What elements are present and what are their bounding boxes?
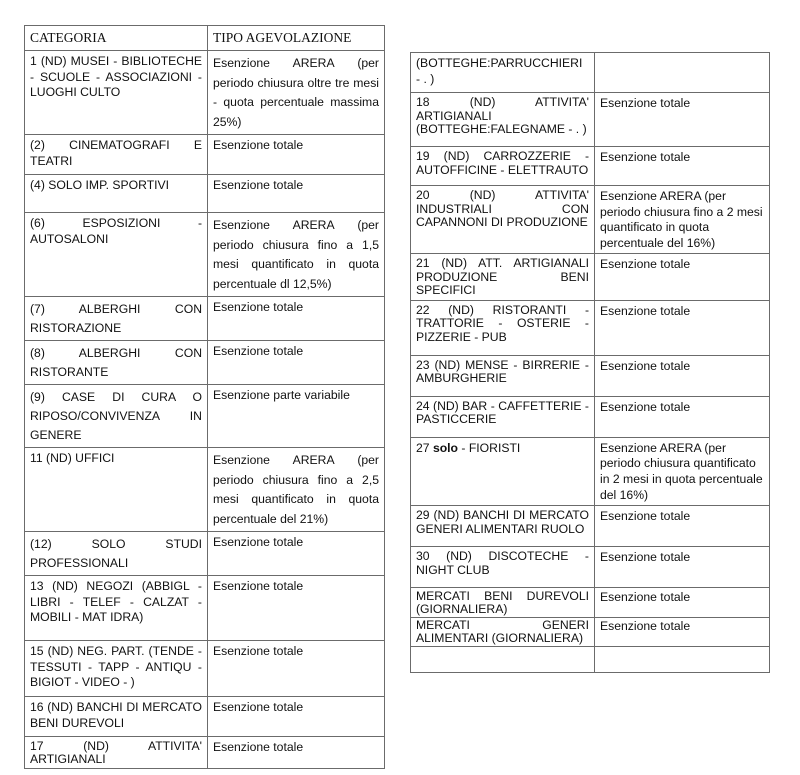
categoria-cell: MERCATI GENERI ALIMENTARI (GIORNALIERA) bbox=[411, 618, 595, 647]
agevolazioni-table-right: (BOTTEGHE:PARRUCCHIERI - . ) 18 (ND) ATT… bbox=[410, 52, 770, 673]
categoria-cell: 11 (ND) UFFICI bbox=[25, 448, 208, 532]
table-row: MERCATI GENERI ALIMENTARI (GIORNALIERA) … bbox=[411, 618, 770, 647]
categoria-cell: (6) ESPOSIZIONI - AUTOSALONI bbox=[25, 213, 208, 297]
table-row: 20 (ND) ATTIVITA' INDUSTRIALI CON CAPANN… bbox=[411, 186, 770, 254]
categoria-cell: (8) ALBERGHI CON RISTORANTE bbox=[25, 341, 208, 385]
agevolazione-cell: Esenzione totale bbox=[208, 135, 385, 175]
agevolazione-cell: Esenzione totale bbox=[208, 697, 385, 737]
categoria-cell bbox=[411, 647, 595, 673]
table-row: 1 (ND) MUSEI - BIBLIOTECHE - SCUOLE - AS… bbox=[25, 51, 385, 135]
categoria-cell: MERCATI BENI DUREVOLI (GIORNALIERA) bbox=[411, 588, 595, 618]
agevolazione-cell bbox=[595, 53, 770, 93]
table-header-row: CATEGORIA TIPO AGEVOLAZIONE bbox=[25, 26, 385, 51]
agevolazione-cell: Esenzione totale bbox=[595, 300, 770, 355]
table-row: 27 solo - FIORISTI Esenzione ARERA (per … bbox=[411, 437, 770, 505]
table-row: 21 (ND) ATT. ARTIGIANALI PRODUZIONE BENI… bbox=[411, 254, 770, 301]
table-row: (9) CASE DI CURA O RIPOSO/CONVIVENZA IN … bbox=[25, 385, 385, 448]
agevolazione-cell: Esenzione totale bbox=[595, 147, 770, 186]
categoria-cell: 29 (ND) BANCHI DI MERCATO GENERI ALIMENT… bbox=[411, 506, 595, 547]
agevolazione-cell: Esenzione totale bbox=[208, 737, 385, 769]
table-row: 23 (ND) MENSE - BIRRERIE - AMBURGHERIE E… bbox=[411, 355, 770, 396]
categoria-cell: 27 solo - FIORISTI bbox=[411, 437, 595, 505]
table-row: (4) SOLO IMP. SPORTIVI Esenzione totale bbox=[25, 175, 385, 213]
categoria-cell: (7) ALBERGHI CON RISTORAZIONE bbox=[25, 297, 208, 341]
categoria-cell: 24 (ND) BAR - CAFFETTERIE - PASTICCERIE bbox=[411, 396, 595, 437]
categoria-cell: 13 (ND) NEGOZI (ABBIGL - LIBRI - TELEF -… bbox=[25, 576, 208, 641]
agevolazione-cell: Esenzione totale bbox=[595, 506, 770, 547]
table-row: (2) CINEMATOGRAFI E TEATRI Esenzione tot… bbox=[25, 135, 385, 175]
table-row: (BOTTEGHE:PARRUCCHIERI - . ) bbox=[411, 53, 770, 93]
categoria-suffix: - FIORISTI bbox=[458, 441, 520, 455]
categoria-cell: (4) SOLO IMP. SPORTIVI bbox=[25, 175, 208, 213]
categoria-prefix: 27 bbox=[416, 441, 433, 455]
categoria-cell: 17 (ND) ATTIVITA' ARTIGIANALI bbox=[25, 737, 208, 769]
table-row: (8) ALBERGHI CON RISTORANTE Esenzione to… bbox=[25, 341, 385, 385]
table-row: 19 (ND) CARROZZERIE - AUTOFFICINE - ELET… bbox=[411, 147, 770, 186]
agevolazione-cell: Esenzione totale bbox=[208, 576, 385, 641]
agevolazione-cell: Esenzione totale bbox=[208, 175, 385, 213]
categoria-cell: 16 (ND) BANCHI DI MERCATO BENI DUREVOLI bbox=[25, 697, 208, 737]
agevolazione-cell: Esenzione ARERA (per periodo chiusura qu… bbox=[595, 437, 770, 505]
categoria-cell: 18 (ND) ATTIVITA' ARTIGIANALI (BOTTEGHE:… bbox=[411, 93, 595, 147]
table-row: 18 (ND) ATTIVITA' ARTIGIANALI (BOTTEGHE:… bbox=[411, 93, 770, 147]
agevolazioni-table-left: CATEGORIA TIPO AGEVOLAZIONE 1 (ND) MUSEI… bbox=[24, 25, 385, 769]
categoria-bold: solo bbox=[433, 441, 458, 455]
table-row: 11 (ND) UFFICI Esenzione ARERA (per peri… bbox=[25, 448, 385, 532]
agevolazione-cell: Esenzione totale bbox=[208, 297, 385, 341]
agevolazione-cell: Esenzione totale bbox=[595, 355, 770, 396]
table-row: 22 (ND) RISTORANTI - TRATTORIE - OSTERIE… bbox=[411, 300, 770, 355]
categoria-cell: (9) CASE DI CURA O RIPOSO/CONVIVENZA IN … bbox=[25, 385, 208, 448]
table-row: (12) SOLO STUDI PROFESSIONALI Esenzione … bbox=[25, 532, 385, 576]
table-row: 13 (ND) NEGOZI (ABBIGL - LIBRI - TELEF -… bbox=[25, 576, 385, 641]
table-row: 24 (ND) BAR - CAFFETTERIE - PASTICCERIE … bbox=[411, 396, 770, 437]
agevolazione-cell: Esenzione totale bbox=[595, 547, 770, 588]
table-row: MERCATI BENI DUREVOLI (GIORNALIERA) Esen… bbox=[411, 588, 770, 618]
agevolazione-cell: Esenzione totale bbox=[595, 254, 770, 301]
categoria-cell: 23 (ND) MENSE - BIRRERIE - AMBURGHERIE bbox=[411, 355, 595, 396]
agevolazione-cell: Esenzione totale bbox=[595, 588, 770, 618]
table-row bbox=[411, 647, 770, 673]
header-categoria: CATEGORIA bbox=[25, 26, 208, 51]
agevolazione-cell: Esenzione totale bbox=[595, 396, 770, 437]
header-tipo-agevolazione: TIPO AGEVOLAZIONE bbox=[208, 26, 385, 51]
agevolazione-cell: Esenzione totale bbox=[595, 618, 770, 647]
agevolazione-cell: Esenzione ARERA (per periodo chiusura fi… bbox=[208, 448, 385, 532]
categoria-cell: 22 (ND) RISTORANTI - TRATTORIE - OSTERIE… bbox=[411, 300, 595, 355]
categoria-cell: 20 (ND) ATTIVITA' INDUSTRIALI CON CAPANN… bbox=[411, 186, 595, 254]
categoria-cell: (2) CINEMATOGRAFI E TEATRI bbox=[25, 135, 208, 175]
agevolazione-cell: Esenzione totale bbox=[208, 341, 385, 385]
agevolazione-cell: Esenzione totale bbox=[208, 641, 385, 697]
agevolazione-cell: Esenzione ARERA (per periodo chiusura fi… bbox=[595, 186, 770, 254]
agevolazione-cell: Esenzione totale bbox=[208, 532, 385, 576]
table-row: 17 (ND) ATTIVITA' ARTIGIANALI Esenzione … bbox=[25, 737, 385, 769]
agevolazione-cell bbox=[595, 647, 770, 673]
table-row: 16 (ND) BANCHI DI MERCATO BENI DUREVOLI … bbox=[25, 697, 385, 737]
table-row: 15 (ND) NEG. PART. (TENDE - TESSUTI - TA… bbox=[25, 641, 385, 697]
table-row: (7) ALBERGHI CON RISTORAZIONE Esenzione … bbox=[25, 297, 385, 341]
table-row: 29 (ND) BANCHI DI MERCATO GENERI ALIMENT… bbox=[411, 506, 770, 547]
categoria-cell: 21 (ND) ATT. ARTIGIANALI PRODUZIONE BENI… bbox=[411, 254, 595, 301]
agevolazione-cell: Esenzione ARERA (per periodo chiusura fi… bbox=[208, 213, 385, 297]
agevolazione-cell: Esenzione totale bbox=[595, 93, 770, 147]
categoria-cell: 1 (ND) MUSEI - BIBLIOTECHE - SCUOLE - AS… bbox=[25, 51, 208, 135]
categoria-cell: 19 (ND) CARROZZERIE - AUTOFFICINE - ELET… bbox=[411, 147, 595, 186]
categoria-cell: 30 (ND) DISCOTECHE - NIGHT CLUB bbox=[411, 547, 595, 588]
table-row: 30 (ND) DISCOTECHE - NIGHT CLUB Esenzion… bbox=[411, 547, 770, 588]
agevolazione-cell: Esenzione parte variabile bbox=[208, 385, 385, 448]
categoria-cell: 15 (ND) NEG. PART. (TENDE - TESSUTI - TA… bbox=[25, 641, 208, 697]
agevolazione-cell: Esenzione ARERA (per periodo chiusura ol… bbox=[208, 51, 385, 135]
table-row: (6) ESPOSIZIONI - AUTOSALONI Esenzione A… bbox=[25, 213, 385, 297]
categoria-cell: (BOTTEGHE:PARRUCCHIERI - . ) bbox=[411, 53, 595, 93]
categoria-cell: (12) SOLO STUDI PROFESSIONALI bbox=[25, 532, 208, 576]
